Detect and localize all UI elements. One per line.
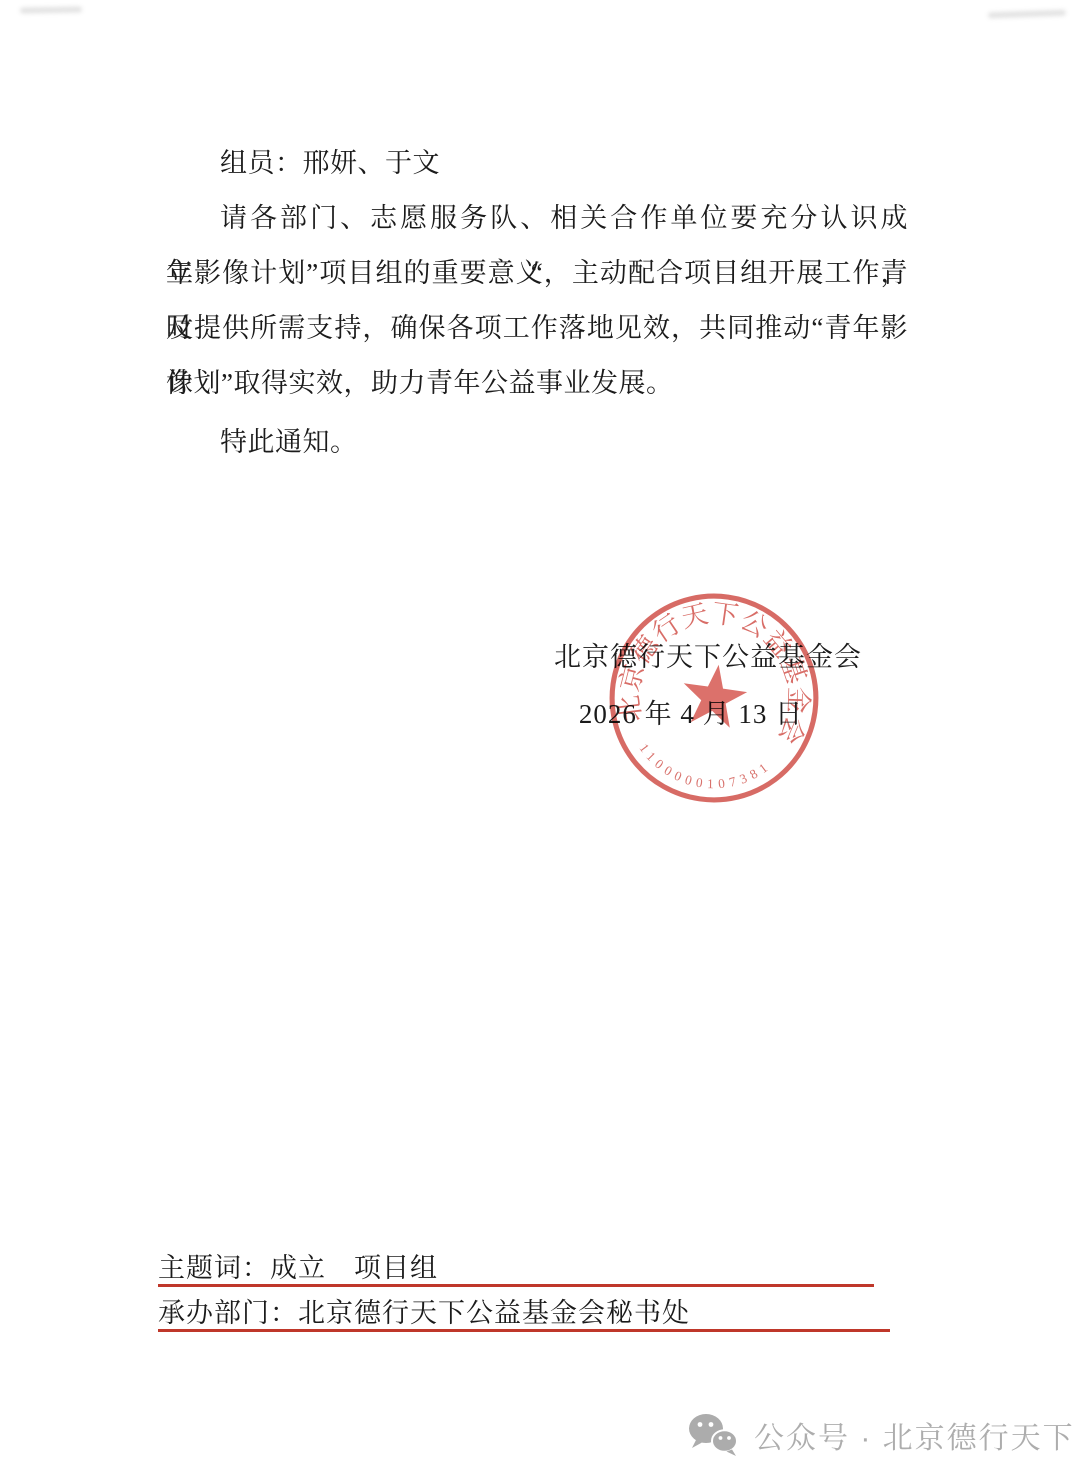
signature-date: 2026 年 4 月 13 日 (523, 697, 859, 731)
footer-block: 主题词：成立 项目组 承办部门：北京德行天下公益基金会秘书处 (158, 1253, 890, 1332)
wechat-watermark: 公众号 · 北京德行天下 (686, 1412, 1075, 1458)
scanned-notice-page: 组员：邢妍、于文 请各部门、志愿服务队、相关合作单位要充分认识成立“青 年影像计… (0, 0, 1080, 1481)
watermark-text: 公众号 · 北京德行天下 (754, 1413, 1075, 1457)
scan-artifact (988, 10, 1066, 19)
scan-artifact (20, 6, 82, 13)
body-line: 计划”取得实效，助力青年公益事业发展。 (166, 356, 908, 411)
svg-text:1100000107381: 1100000107381 (632, 739, 776, 800)
body-line-closing: 特此通知。 (166, 415, 908, 470)
signature-org-name: 北京德行天下公益基金会 (540, 640, 876, 674)
signature-block: 北京德行天下公益基金会 2026 年 4 月 13 日 (540, 640, 876, 731)
body-line: 年影像计划”项目组的重要意义，主动配合项目组开展工作，及 (166, 246, 908, 301)
body-line: 时提供所需支持，确保各项工作落地见效，共同推动“青年影像 (166, 301, 908, 356)
seal-code-text: 1100000107381 (632, 739, 776, 800)
body-line: 请各部门、志愿服务队、相关合作单位要充分认识成立“青 (166, 191, 908, 246)
organizer-department-line: 承办部门：北京德行天下公益基金会秘书处 (158, 1298, 890, 1332)
body-line-members: 组员：邢妍、于文 (166, 136, 908, 191)
subject-keywords-line: 主题词：成立 项目组 (158, 1253, 874, 1287)
notice-body: 组员：邢妍、于文 请各部门、志愿服务队、相关合作单位要充分认识成立“青 年影像计… (166, 136, 908, 470)
wechat-icon (686, 1412, 742, 1458)
